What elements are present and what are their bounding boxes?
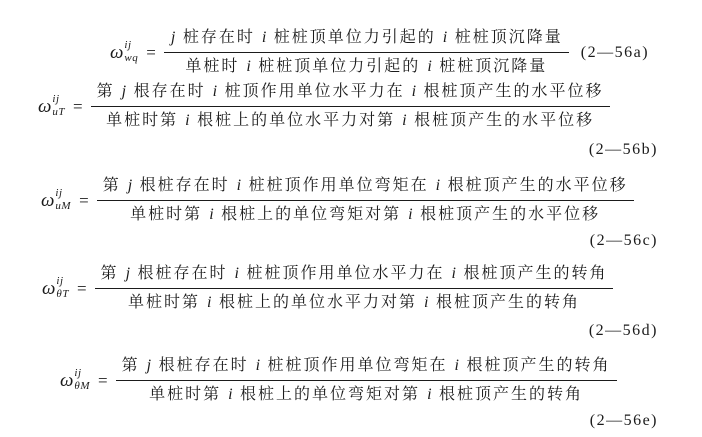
equation-symbol: ω ij uT <box>38 94 65 118</box>
omega-superscript: ij <box>55 187 62 199</box>
equation-2-56e: ω ij θM = 第 j 根桩存在时 i 桩桩顶作用单位弯矩在 i 根桩顶产生… <box>60 356 617 405</box>
fraction-denominator: 单桩时第 i 根桩上的单位弯矩对第 i 根桩顶产生的水平位移 <box>97 201 634 225</box>
equation-2-56d: ω ij θT = 第 j 根桩存在时 i 桩桩顶作用单位水平力在 i 根桩顶产… <box>42 264 613 313</box>
equation-symbol: ω ij θM <box>60 368 90 392</box>
omega-subscript: θT <box>56 288 69 300</box>
omega-superscript: ij <box>124 39 131 51</box>
equals-sign: = <box>79 191 89 211</box>
equation-number: (2—56c) <box>590 232 658 250</box>
omega-scripts: ij uT <box>52 93 65 117</box>
omega-superscript: ij <box>74 367 81 379</box>
equation-2-56c: ω ij uM = 第 j 根桩存在时 i 桩桩顶作用单位弯矩在 i 根桩顶产生… <box>41 176 634 225</box>
fraction-numerator: 第 j 根桩存在时 i 桩桩顶作用单位弯矩在 i 根桩顶产生的水平位移 <box>97 176 634 201</box>
equation-number: (2—56e) <box>590 412 658 430</box>
fraction-numerator: j 桩存在时 i 桩桩顶单位力引起的 i 桩桩顶沉降量 <box>164 28 569 53</box>
omega-symbol: ω <box>60 371 73 390</box>
omega-superscript: ij <box>56 275 63 287</box>
equation-symbol: ω ij wq <box>110 40 138 64</box>
omega-superscript: ij <box>52 93 59 105</box>
fraction-numerator: 第 j 根存在时 i 桩顶作用单位水平力在 i 根桩顶产生的水平位移 <box>91 82 610 107</box>
fraction: 第 j 根桩存在时 i 桩桩顶作用单位弯矩在 i 根桩顶产生的水平位移 单桩时第… <box>97 176 634 225</box>
equals-sign: = <box>77 279 87 299</box>
omega-symbol: ω <box>41 191 54 210</box>
omega-subscript: θM <box>74 380 90 392</box>
fraction: j 桩存在时 i 桩桩顶单位力引起的 i 桩桩顶沉降量 单桩时 i 桩桩顶单位力… <box>164 28 569 77</box>
equation-symbol: ω ij uM <box>41 188 71 212</box>
omega-scripts: ij θT <box>56 275 69 299</box>
equation-number: (2—56d) <box>589 322 658 340</box>
fraction-numerator: 第 j 根桩存在时 i 桩桩顶作用单位水平力在 i 根桩顶产生的转角 <box>95 264 614 289</box>
equals-sign: = <box>146 43 156 63</box>
fraction: 第 j 根桩存在时 i 桩桩顶作用单位水平力在 i 根桩顶产生的转角 单桩时第 … <box>95 264 614 313</box>
omega-symbol: ω <box>38 97 51 116</box>
equation-number: (2—56a) <box>581 44 649 62</box>
omega-symbol: ω <box>42 279 55 298</box>
omega-subscript: uT <box>52 106 65 118</box>
omega-scripts: ij uM <box>55 187 71 211</box>
fraction-numerator: 第 j 根桩存在时 i 桩桩顶作用单位弯矩在 i 根桩顶产生的转角 <box>116 356 617 381</box>
equation-symbol: ω ij θT <box>42 276 69 300</box>
textbook-page: ω ij wq = j 桩存在时 i 桩桩顶单位力引起的 i 桩桩顶沉降量 单桩… <box>0 0 702 437</box>
equals-sign: = <box>98 371 108 391</box>
omega-scripts: ij wq <box>124 39 138 63</box>
fraction-denominator: 单桩时第 i 根桩上的单位水平力对第 i 根桩顶产生的水平位移 <box>91 107 610 131</box>
omega-subscript: uM <box>55 200 71 212</box>
equation-number: (2—56b) <box>589 141 658 159</box>
equals-sign: = <box>73 97 83 117</box>
omega-symbol: ω <box>110 43 123 62</box>
fraction-denominator: 单桩时 i 桩桩顶单位力引起的 i 桩桩顶沉降量 <box>164 53 569 77</box>
fraction-denominator: 单桩时第 i 根桩上的单位水平力对第 i 根桩顶产生的转角 <box>95 289 614 313</box>
fraction-denominator: 单桩时第 i 根桩上的单位弯矩对第 i 根桩顶产生的转角 <box>116 381 617 405</box>
omega-scripts: ij θM <box>74 367 90 391</box>
equation-2-56a: ω ij wq = j 桩存在时 i 桩桩顶单位力引起的 i 桩桩顶沉降量 单桩… <box>110 28 649 77</box>
omega-subscript: wq <box>124 52 138 64</box>
fraction: 第 j 根存在时 i 桩顶作用单位水平力在 i 根桩顶产生的水平位移 单桩时第 … <box>91 82 610 131</box>
equation-2-56b: ω ij uT = 第 j 根存在时 i 桩顶作用单位水平力在 i 根桩顶产生的… <box>38 82 610 131</box>
fraction: 第 j 根桩存在时 i 桩桩顶作用单位弯矩在 i 根桩顶产生的转角 单桩时第 i… <box>116 356 617 405</box>
